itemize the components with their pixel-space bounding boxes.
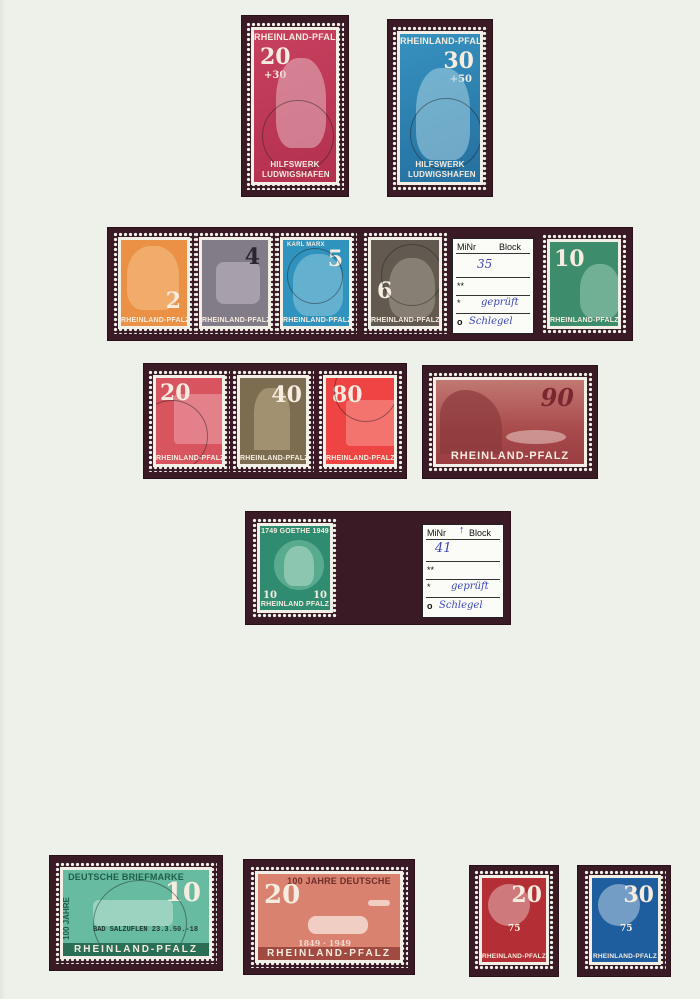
card-row-used: o — [427, 601, 433, 611]
stamp-face: 6 RHEINLAND-PFALZ — [368, 237, 442, 329]
card-divider — [456, 313, 530, 314]
stamp-face: DEUTSCHE BRIEFMARKE 100 JAHRE 10 BAD SAL… — [60, 867, 212, 959]
card-catalog-number: 41 — [435, 541, 452, 556]
stamp-bottom-text: RHEINLAND-PFALZ — [63, 943, 209, 956]
stamp-bottom-text: RHEINLAND-PFALZ — [482, 953, 546, 960]
bus-figure — [308, 916, 368, 934]
stamp-side-text: 100 JAHRE — [62, 897, 71, 940]
stamp-6pf-goerres[interactable]: 6 RHEINLAND-PFALZ — [363, 232, 447, 334]
castle-hill — [440, 390, 502, 454]
stamp-bottom-text: HILFSWERK LUDWIGSHAFEN — [400, 160, 480, 180]
stamp-bottom-text: RHEINLAND-PFALZ — [240, 455, 306, 462]
postmark — [287, 248, 343, 304]
card-catalog-number: 35 — [477, 257, 492, 271]
stamp-top-text: RHEINLAND-PFALZ — [400, 36, 480, 46]
stamp-bottom-text: RHEINLAND-PFALZ — [592, 953, 658, 960]
stamp-bottom-text: RHEINLAND-PFALZ — [156, 455, 222, 462]
stamp-value: 20 — [264, 882, 300, 908]
card-note-expert: Schlegel — [469, 316, 513, 327]
goethe-portrait — [284, 546, 314, 586]
card-col-minr: MiNr — [427, 528, 446, 538]
stamp-face: 40 RHEINLAND-PFALZ — [237, 375, 309, 467]
stamp-face: 20 75 RHEINLAND-PFALZ — [479, 875, 549, 965]
card-divider — [426, 561, 500, 562]
catalog-card-35: MiNr Block 35 ** * geprüft o Schlegel — [452, 238, 534, 334]
card-note-certified: geprüft — [481, 297, 519, 308]
card-divider — [426, 579, 500, 580]
page-edge — [0, 0, 6, 999]
card-note-expert: Schlegel — [439, 600, 483, 611]
stamp-bottom-text: RHEINLAND-PFALZ — [371, 317, 439, 324]
card-divider — [426, 539, 500, 540]
stamp-face: 90 RHEINLAND-PFALZ — [433, 377, 587, 467]
girl-portrait — [580, 264, 620, 318]
stamp-hilfswerk-20[interactable]: RHEINLAND-PFALZ 20 +30 HILFSWERK LUDWIGS… — [246, 22, 344, 190]
stamp-100-jahre-10[interactable]: DEUTSCHE BRIEFMARKE 100 JAHRE 10 BAD SAL… — [55, 862, 217, 964]
stamp-40pf-cathedral[interactable]: 40 RHEINLAND-PFALZ — [232, 370, 314, 472]
postmark — [381, 244, 442, 306]
stamp-bottom-text: RHEINLAND-PFALZ — [258, 947, 400, 960]
stamp-value: 40 — [271, 384, 302, 406]
stamp-100-jahre-20[interactable]: 100 JAHRE DEUTSCHE 20 1849 · 1949 RHEINL… — [250, 866, 408, 968]
catalog-card-41: MiNr ↑ Block 41 ** * geprüft o Schlegel — [422, 524, 504, 618]
stamp-20pf-town[interactable]: 20 RHEINLAND-PFALZ — [148, 370, 230, 472]
stamp-face: KARL MARX 5 RHEINLAND-PFALZ — [280, 237, 352, 329]
card-divider — [456, 253, 530, 254]
stamp-face: 1749 GOETHE 1949 10 10 RHEINLAND PFALZ — [257, 523, 333, 613]
card-divider — [426, 597, 500, 598]
stamp-face: RHEINLAND-PFALZ 30 +50 HILFSWERK LUDWIGS… — [397, 31, 483, 185]
stamp-bottom-text: RHEINLAND-PFALZ — [283, 317, 349, 324]
stamp-bottom-text: HILFSWERK LUDWIGSHAFEN — [254, 160, 336, 180]
stamp-face: 20 RHEINLAND-PFALZ — [153, 375, 225, 467]
card-divider — [456, 277, 530, 278]
stamp-goethe-10[interactable]: 1749 GOETHE 1949 10 10 RHEINLAND PFALZ — [252, 518, 338, 618]
stamp-face: 80 RHEINLAND-PFALZ — [323, 375, 397, 467]
stamp-upu-30[interactable]: 30 75 RHEINLAND-PFALZ — [584, 870, 666, 970]
stamp-value: 10 — [554, 248, 585, 270]
card-col-minr: MiNr — [457, 242, 476, 252]
stamp-face: 100 JAHRE DEUTSCHE 20 1849 · 1949 RHEINL… — [255, 871, 403, 963]
stamp-value-left: 10 — [263, 590, 277, 601]
stamp-face: 2 RHEINLAND-PFALZ — [118, 237, 190, 329]
stamp-bottom-text: RHEINLAND-PFALZ — [202, 317, 268, 324]
stamp-value: 30 — [623, 884, 654, 906]
stamp-bottom-text: RHEINLAND-PFALZ — [326, 455, 394, 462]
stamp-badge: 75 — [620, 924, 633, 934]
card-col-block: Block — [499, 242, 521, 252]
card-row-mint: * — [427, 582, 431, 592]
stamp-value: 4 — [245, 246, 260, 268]
stamp-value: 2 — [166, 290, 181, 312]
arrow-up-icon: ↑ — [459, 524, 465, 536]
stamp-80pf-porta-nigra[interactable]: 80 RHEINLAND-PFALZ — [318, 370, 402, 472]
stamp-badge: 75 — [508, 924, 521, 934]
stamp-face: 30 75 RHEINLAND-PFALZ — [589, 875, 661, 965]
card-row-used: o — [457, 317, 463, 327]
stamp-bottom-text: RHEINLAND-PFALZ — [121, 317, 187, 324]
stamp-bottom-text: RHEINLAND-PFALZ — [550, 317, 618, 324]
card-note-certified: geprüft — [451, 581, 489, 592]
postmark-text: BAD SALZUFLEN 23.3.50.-18 — [93, 926, 198, 934]
stamp-upu-20[interactable]: 20 75 RHEINLAND-PFALZ — [474, 870, 554, 970]
stamp-top-text: 1749 GOETHE 1949 — [260, 528, 330, 535]
stamp-face: RHEINLAND-PFALZ 20 +30 HILFSWERK LUDWIGS… — [251, 27, 339, 185]
card-divider — [456, 295, 530, 296]
card-row-mint: * — [457, 298, 461, 308]
stamp-face: 4 RHEINLAND-PFALZ — [199, 237, 271, 329]
stamp-5pf-karl-marx[interactable]: KARL MARX 5 RHEINLAND-PFALZ — [275, 232, 357, 334]
stamp-bottom-text: RHEINLAND PFALZ — [260, 601, 330, 608]
stamp-90pf-rhine-valley[interactable]: 90 RHEINLAND-PFALZ — [428, 372, 592, 472]
stamp-value: 90 — [541, 386, 574, 410]
stamp-face: 10 RHEINLAND-PFALZ — [547, 239, 621, 329]
stamp-top-text: RHEINLAND-PFALZ — [254, 32, 336, 42]
card-col-block: Block — [469, 528, 491, 538]
stamp-4pf[interactable]: 4 RHEINLAND-PFALZ — [194, 232, 276, 334]
stamp-value-right: 10 — [313, 590, 327, 601]
card-row-mint-hinged: ** — [427, 565, 434, 575]
river — [506, 430, 566, 444]
stamp-hilfswerk-30[interactable]: RHEINLAND-PFALZ 30 +50 HILFSWERK LUDWIGS… — [392, 26, 488, 190]
plane-figure — [368, 900, 390, 906]
stamp-bottom-text: RHEINLAND-PFALZ — [436, 450, 584, 462]
stamp-2pf[interactable]: 2 RHEINLAND-PFALZ — [113, 232, 195, 334]
stamp-value: 20 — [511, 884, 542, 906]
stamp-10pf[interactable]: 10 RHEINLAND-PFALZ — [542, 234, 626, 334]
card-row-mint-hinged: ** — [457, 281, 464, 291]
